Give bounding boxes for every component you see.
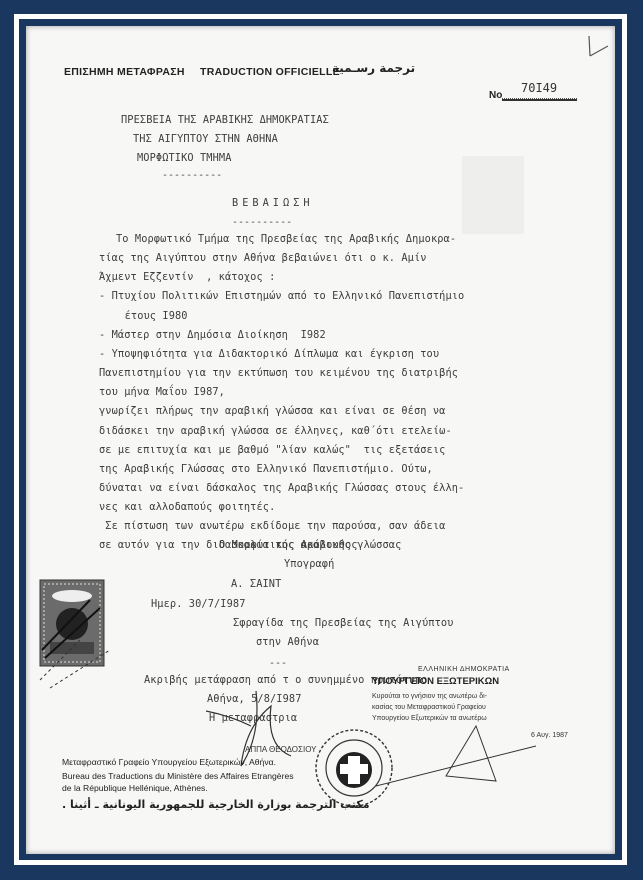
footer-french-2: de la République Hellénique, Athènes. <box>62 783 208 793</box>
separator-3: --- <box>269 658 287 669</box>
body-line: Πανεπιστημίου για την εκτύπωση του κειμέ… <box>99 367 458 379</box>
header-arabic: ترجمة رسـمية <box>332 61 415 75</box>
header-greek: ΕΠΙΣΗΜΗ ΜΕΤΑΦΡΑΣΗ <box>64 66 185 78</box>
stamp-line-3: Υπουργείου Εξωτερικών τα ανωτέρω <box>372 715 487 722</box>
signatory-name: Α. ΣΑΙΝΤ <box>231 578 281 590</box>
separator-2: ---------- <box>232 217 292 228</box>
stamp-ministry: ΥΠΟΥΡΓΕΙΟΝ ΕΞΩΤΕΡΙΚΩΝ <box>372 676 499 687</box>
body-line: - Υποψηφιότητα για Διδακτορικό Δίπλωμα κ… <box>99 348 439 360</box>
seal-caption-1: Σφραγίδα της Πρεσβείας της Αιγύπτου <box>233 617 453 629</box>
footer-french-1: Bureau des Traductions du Ministère des … <box>62 771 294 781</box>
body-line: γνωρίζει πλήρως την αραβική γλώσσα και ε… <box>99 405 445 417</box>
faint-stamp-watermark <box>462 156 524 234</box>
body-line: - Μάστερ στην Δημόσια Διοίκηση I982 <box>99 329 326 341</box>
header-french: TRADUCTION OFFICIELLE <box>200 66 340 78</box>
footer-greek: Μεταφραστικό Γραφείο Υπουργείου Εξωτερικ… <box>62 757 276 767</box>
body-line: σε αυτόν για την διδασκαλία της αραβικής… <box>99 539 401 551</box>
seal-caption-2: στην Αθήνα <box>256 636 319 648</box>
document-title: ΒΕΒΑΙΩΣΗ <box>232 197 314 209</box>
body-line: έτους I980 <box>112 310 188 322</box>
stamp-line-1: Κυρούται το γνήσιον της ανωτέρω δι- <box>372 693 487 700</box>
body-line: Το Μορφωτικό Τμήμα της Πρεσβείας της Αρα… <box>116 233 456 245</box>
official-seal-icon <box>296 726 556 836</box>
body-line: - Πτυχίου Πολιτικών Επιστημών από το Ελλ… <box>99 290 464 302</box>
body-line: της Αραβικής Γλώσσας στο Ελληνικό Πανεπι… <box>99 463 433 475</box>
letterhead-line-2: ΤΗΣ ΑΙΓΥΠΤΟΥ ΣΤΗΝ ΑΘΗΝΑ <box>133 133 278 145</box>
body-line: του μήνα Μαΐου I987, <box>99 386 225 398</box>
letterhead-line-1: ΠΡΕΣΒΕΙΑ ΤΗΣ ΑΡΑΒΙΚΗΣ ΔΗΜΟΚΡΑΤΙΑΣ <box>121 114 329 126</box>
stamp-title: ΕΛΛΗΝΙΚΗ ΔΗΜΟΚΡΑΤΙΑ <box>418 666 510 673</box>
certificate-date: Ημερ. 30/7/I987 <box>151 598 246 610</box>
footer-arabic: مكتب الترجمة بوزارة الخارجية للجمهورية ا… <box>62 798 370 811</box>
stamp-line-2: κασίας του Μεταφραστικού Γραφείου <box>372 704 486 711</box>
body-line: τίας της Αιγύπτου στην Αθήνα βεβαιώνει ό… <box>99 252 427 264</box>
number-underline <box>502 98 577 101</box>
body-line: διδάσκει την αραβική γλώσσα σε έλληνες, … <box>99 425 452 437</box>
document-number-label: No <box>489 90 502 101</box>
letterhead-line-3: ΜΟΡΦΩΤΙΚΟ ΤΜΗΜΑ <box>137 152 232 164</box>
revenue-stamp-icon <box>40 580 120 690</box>
signature-label: Υπογραφή <box>284 558 334 570</box>
corner-mark <box>586 34 615 69</box>
body-line: σε με επιτυχία και με βαθμό "λίαν καλώς"… <box>99 444 445 456</box>
body-line: Άχμεντ Εζζεντίν , κάτοχος : <box>99 271 275 283</box>
separator-1: ---------- <box>162 170 222 181</box>
document-page: ΕΠΙΣΗΜΗ ΜΕΤΑΦΡΑΣΗ TRADUCTION OFFICIELLE … <box>26 26 615 854</box>
body-line: δύναται να είναι δάσκαλος της Αραβικής Γ… <box>99 482 464 494</box>
body-line: νες και αλλοδαπούς φοιτητές. <box>99 501 275 513</box>
body-line: Σε πίστωση των ανωτέρω εκδίδομε την παρο… <box>99 520 445 532</box>
document-number: 70I49 <box>521 81 557 95</box>
